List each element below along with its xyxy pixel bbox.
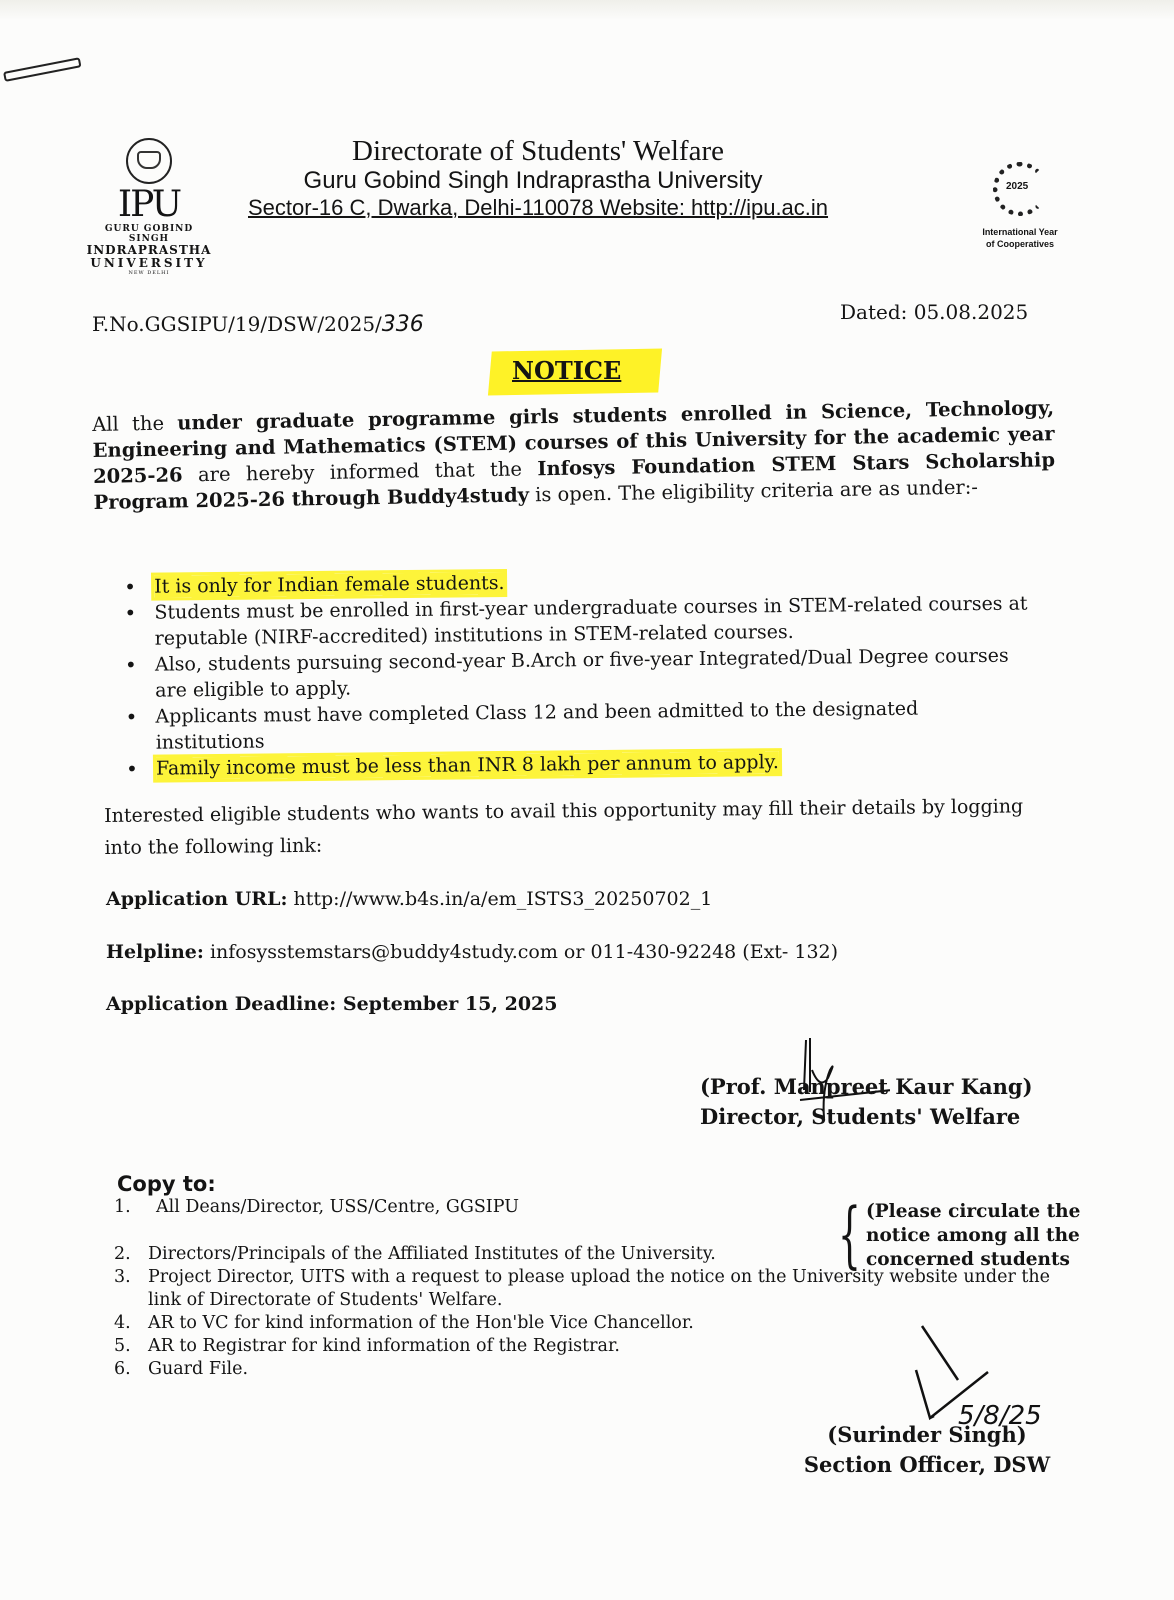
section-officer-signatory: (Surinder Singh) Section Officer, DSW <box>792 1420 1062 1480</box>
criteria-item: Also, students pursuing second-year B.Ar… <box>121 642 1031 704</box>
copy-to-num: 6. <box>114 1358 131 1381</box>
copy-to-num: 2. <box>114 1243 131 1266</box>
director-designation: Director, Students' Welfare <box>700 1102 1033 1132</box>
criteria-text: Family income must be less than INR 8 la… <box>156 751 779 780</box>
circulate-note-line-1: (Please circulate the <box>866 1200 1080 1224</box>
criteria-text: It is only for Indian female students. <box>154 572 505 598</box>
application-url-label: Application URL: <box>106 888 287 910</box>
iyc-caption-line-1: International Year <box>970 226 1070 238</box>
copy-to-text: Directors/Principals of the Affiliated I… <box>148 1244 716 1264</box>
logo-line-4: NEW DELHI <box>84 270 214 276</box>
intro-text-3: is open. The eligibility criteria are as… <box>529 476 978 507</box>
helpline-label: Helpline: <box>106 941 204 963</box>
helpline-row: Helpline: infosysstemstars@buddy4study.c… <box>106 941 838 963</box>
intro-text-2: are hereby informed that the <box>182 457 537 486</box>
criteria-item: Applicants must have completed Class 12 … <box>121 694 1031 756</box>
criteria-item: Students must be enrolled in first-year … <box>120 590 1030 652</box>
file-number-prefix: F.No.GGSIPU/19/DSW/2025/ <box>92 312 382 336</box>
deadline-value: September 15, 2025 <box>336 993 557 1015</box>
copy-to-item: 3.Project Director, UITS with a request … <box>114 1266 1074 1312</box>
file-number: F.No.GGSIPU/19/DSW/2025/336 <box>92 312 424 337</box>
intro-paragraph: All the under graduate programme girls s… <box>92 395 1056 516</box>
logo-line-1: GURU GOBIND SINGH <box>84 224 214 244</box>
copy-to-text: Guard File. <box>148 1359 248 1379</box>
helpline-value: infosysstemstars@buddy4study.com or 011-… <box>204 941 838 963</box>
section-officer-signature-icon: 5/8/25 <box>900 1320 1070 1430</box>
directorate-title: Directorate of Students' Welfare <box>148 135 928 167</box>
deadline-label: Application Deadline: <box>106 993 336 1015</box>
intro-text-1: All the <box>92 412 177 436</box>
circulate-note: (Please circulate the notice among all t… <box>866 1200 1080 1272</box>
iyc-year: 2025 <box>1006 181 1028 192</box>
iyc-caption: International Year of Cooperatives <box>970 226 1070 250</box>
pen-mark-decoration <box>3 57 81 82</box>
brace-icon: { <box>838 1198 861 1270</box>
copy-to-text: Project Director, UITS with a request to… <box>148 1267 1050 1310</box>
circulate-note-line-2: notice among all the <box>866 1224 1080 1248</box>
file-number-handwritten: 336 <box>382 312 424 337</box>
application-url-row: Application URL: http://www.b4s.in/a/em_… <box>106 888 712 910</box>
notice-document: IPU GURU GOBIND SINGH INDRAPRASTHA UNIVE… <box>0 0 1174 1600</box>
university-address: Sector-16 C, Dwarka, Delhi-110078 Websit… <box>248 195 928 221</box>
university-name: Guru Gobind Singh Indraprastha Universit… <box>138 167 928 195</box>
section-officer-designation: Section Officer, DSW <box>792 1450 1062 1480</box>
deadline-row: Application Deadline: September 15, 2025 <box>106 993 557 1015</box>
eligibility-criteria-list: It is only for Indian female students. S… <box>120 564 1032 782</box>
copy-to-num: 1. <box>114 1196 131 1219</box>
copy-to-num: 5. <box>114 1335 131 1358</box>
copy-to-text: AR to Registrar for kind information of … <box>148 1336 620 1356</box>
logo-line-3: UNIVERSITY <box>84 257 214 270</box>
iyc-caption-line-2: of Cooperatives <box>970 238 1070 250</box>
copy-to-text: All Deans/Director, USS/Centre, GGSIPU <box>148 1197 519 1217</box>
iyc-logo: 2025 International Year of Cooperatives <box>970 162 1070 250</box>
criteria-text: Applicants must have completed Class 12 … <box>155 698 918 754</box>
copy-to-num: 3. <box>114 1266 131 1289</box>
instructions-paragraph: Interested eligible students who wants t… <box>104 790 1055 864</box>
copy-to-num: 4. <box>114 1312 131 1335</box>
copy-to-text: AR to VC for kind information of the Hon… <box>148 1313 694 1333</box>
director-name: (Prof. Manpreet Kaur Kang) <box>700 1072 1033 1102</box>
director-signatory: (Prof. Manpreet Kaur Kang) Director, Stu… <box>700 1072 1033 1132</box>
notice-date: Dated: 05.08.2025 <box>840 300 1028 324</box>
criteria-text: Also, students pursuing second-year B.Ar… <box>155 645 1009 702</box>
application-url-link[interactable]: http://www.b4s.in/a/em_ISTS3_20250702_1 <box>287 888 712 910</box>
criteria-text: Students must be enrolled in first-year … <box>154 592 1027 649</box>
copy-to-title: Copy to: <box>117 1172 216 1196</box>
circulate-note-line-3: concerned students <box>866 1248 1080 1272</box>
letterhead: Directorate of Students' Welfare Guru Go… <box>248 135 928 221</box>
notice-title: NOTICE <box>512 356 621 385</box>
section-officer-name: (Surinder Singh) <box>792 1420 1062 1450</box>
cooperatives-ring-icon: 2025 <box>993 162 1047 216</box>
scan-edge <box>0 0 1174 20</box>
